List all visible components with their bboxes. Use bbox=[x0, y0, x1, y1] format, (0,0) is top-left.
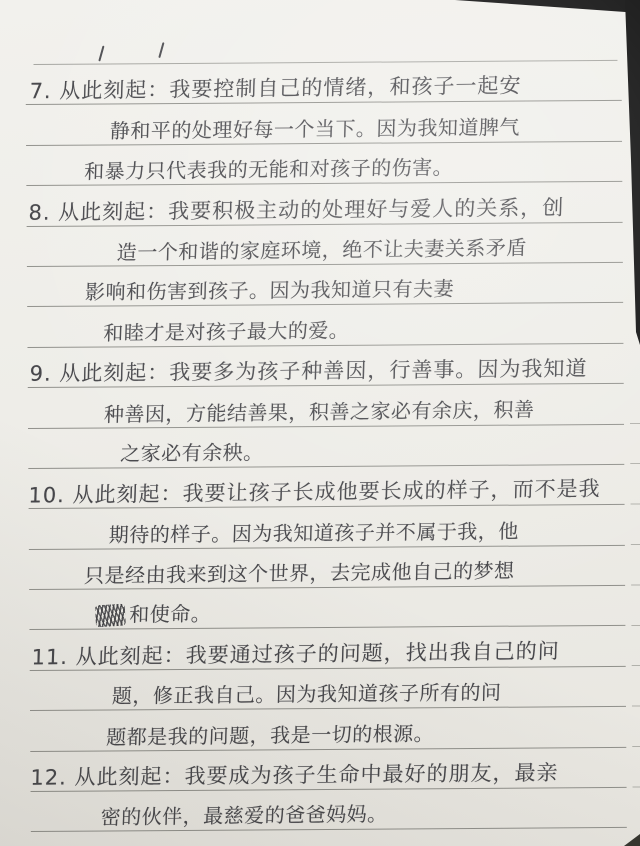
handwritten-text: 期待的样子。因为我知道孩子并不属于我，他 bbox=[108, 518, 519, 549]
notebook-paper: 7. 从此刻起：我要控制自己的情绪，和孩子一起安 静和平的处理好每一个当下。因为… bbox=[0, 0, 640, 846]
handwritten-line: 7. 从此刻起：我要控制自己的情绪，和孩子一起安 bbox=[25, 61, 621, 106]
handwritten-line: 12. 从此刻起：我要成为孩子生命中最好的朋友，最亲 bbox=[30, 748, 626, 793]
handwritten-text: 和暴力只代表我的无能和对孩子的伤害。 bbox=[84, 154, 454, 186]
handwritten-line: 题都是我的问题，我是一切的根源。 bbox=[30, 707, 626, 752]
handwritten-line: 之家必有余秧。 bbox=[28, 424, 624, 469]
handwritten-text: 7. 从此刻起：我要控制自己的情绪，和孩子一起安 bbox=[29, 73, 522, 106]
handwritten-text: 影响和伤害到孩子。因为我知道只有夫妻 bbox=[85, 276, 455, 307]
handwritten-text: 造一个和谐的家庭环境，绝不让夫妻关系矛盾 bbox=[116, 234, 527, 266]
handwritten-text: 和睦才是对孩子最大的爱。 bbox=[103, 317, 350, 347]
handwritten-line: 和睦才是对孩子最大的爱。 bbox=[27, 303, 623, 348]
handwritten-line: 题，修正我自己。因为我知道孩子所有的问 bbox=[30, 667, 626, 712]
handwritten-line: 静和平的处理好每一个当下。因为我知道脾气 bbox=[26, 101, 622, 146]
handwritten-text: 密的伙伴，最慈爱的爸爸妈妈。 bbox=[100, 801, 388, 832]
handwritten-line: 11. 从此刻起：我要通过孩子的问题，找出我自己的问 bbox=[29, 626, 625, 671]
handwritten-text: 8. 从此刻起：我要积极主动的处理好与爱人的关系，创 bbox=[28, 194, 564, 226]
handwritten-text: 只是经由我来到这个世界，去完成他自己的梦想 bbox=[84, 558, 515, 590]
handwritten-line: 密的伙伴，最慈爱的爸爸妈妈。 bbox=[31, 788, 627, 833]
handwritten-text: 11. 从此刻起：我要通过孩子的问题，找出我自己的问 bbox=[31, 638, 560, 671]
handwritten-text: 10. 从此刻起：我要让孩子长成他要长成的样子，而不是我 bbox=[28, 476, 601, 510]
handwritten-text: 之家必有余秧。 bbox=[120, 439, 264, 467]
notebook-page-photo: 7. 从此刻起：我要控制自己的情绪，和孩子一起安 静和平的处理好每一个当下。因为… bbox=[0, 0, 640, 846]
ruled-line-edge-stubs bbox=[630, 423, 640, 823]
handwritten-text: 种善因，方能结善果，积善之家必有余庆，积善 bbox=[103, 396, 534, 428]
scribbled-out-text bbox=[95, 604, 126, 628]
handwritten-text: 题，修正我自己。因为我知道孩子所有的问 bbox=[112, 679, 502, 710]
tally-mark bbox=[98, 46, 104, 62]
handwritten-line: 和使命。 bbox=[29, 586, 625, 631]
handwritten-line: 影响和伤害到孩子。因为我知道只有夫妻 bbox=[27, 263, 623, 308]
handwritten-line: 只是经由我来到这个世界，去完成他自己的梦想 bbox=[29, 546, 625, 591]
handwritten-line: 和暴力只代表我的无能和对孩子的伤害。 bbox=[26, 142, 622, 187]
handwritten-line: 期待的样子。因为我知道孩子并不属于我，他 bbox=[29, 505, 625, 550]
handwritten-line: 造一个和谐的家庭环境，绝不让夫妻关系矛盾 bbox=[27, 222, 623, 267]
handwritten-text: 和使命。 bbox=[129, 601, 212, 629]
tally-mark bbox=[158, 42, 164, 58]
handwritten-line: 8. 从此刻起：我要积极主动的处理好与爱人的关系，创 bbox=[26, 182, 622, 227]
handwritten-text: 12. 从此刻起：我要成为孩子生命中最好的朋友，最亲 bbox=[30, 760, 559, 792]
handwritten-text: 题都是我的问题，我是一切的根源。 bbox=[106, 720, 435, 751]
handwritten-line: 种善因，方能结善果，积善之家必有余庆，积善 bbox=[28, 384, 624, 429]
handwritten-line: 10. 从此刻起：我要让孩子长成他要长成的样子，而不是我 bbox=[28, 465, 624, 510]
handwritten-line: 9. 从此刻起：我要多为孩子种善因，行善事。因为我知道 bbox=[27, 344, 623, 389]
handwritten-text: 9. 从此刻起：我要多为孩子种善因，行善事。因为我知道 bbox=[29, 356, 587, 388]
handwritten-lines: 7. 从此刻起：我要控制自己的情绪，和孩子一起安 静和平的处理好每一个当下。因为… bbox=[0, 61, 640, 833]
handwritten-text: 静和平的处理好每一个当下。因为我知道脾气 bbox=[110, 114, 521, 145]
